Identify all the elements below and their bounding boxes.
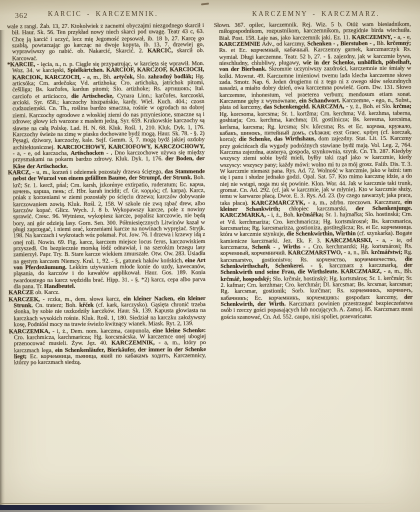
printers-mark — [201, 3, 209, 6]
scanned-dictionary-page: 362 KARCIC - KARCZEMNIK. KARCZEMNY - KAR… — [0, 0, 420, 512]
headword-or-gloss: der Schenkenjunge. — [356, 206, 413, 212]
headword-or-gloss: Artischocken - . — [71, 150, 113, 156]
headword-or-gloss: zahradný bodlák; — [148, 74, 193, 80]
text-columns: wale z rangi. Żab. 13, 27. Ktokolwiek z … — [7, 22, 413, 367]
headword-or-gloss: krčma; — [393, 104, 411, 110]
headword-or-gloss: KARCZEMKA, — [9, 328, 50, 334]
headword-or-gloss: die Schenke, das Wirthshaus, — [239, 137, 316, 143]
headword-or-gloss: *KARCIE, — [7, 62, 35, 68]
headword-or-gloss: KARCZMARSKI, — [325, 238, 372, 244]
dictionary-paragraph: KARCZEMKA, - i, ż., Dem. nom. karczma, c… — [9, 328, 206, 367]
page-gutter-shadow — [0, 30, 5, 512]
headword-or-gloss: ein Schenkenläufer, Bierkäufer, der imme… — [14, 347, 206, 361]
headword-or-gloss: KARCZE — [9, 291, 34, 297]
column-left: wale z rangi. Żab. 13, 27. Ktokolwiek z … — [7, 23, 206, 367]
running-head-right: KARCZEMNY - KARCZMARZ. — [232, 11, 400, 18]
dictionary-paragraph: KARCZ, - u, m., korzeń i odziemek pozost… — [8, 169, 206, 291]
headword-or-gloss: eine Art von Pferdezäumung. — [13, 258, 205, 272]
headword-or-gloss: KARCZMARCZYK, — [251, 200, 305, 206]
headword-or-gloss: der Schenkwirth, der Wirth. — [221, 295, 413, 309]
headword-or-gloss: ein kleiner Nacken, ein kleiner Strunk. — [14, 296, 206, 310]
column-right: Słown. 367. opilec, karczemnik. Rej. Wiz… — [214, 22, 413, 366]
headword-or-gloss: krčemný; — [387, 41, 411, 47]
headword-or-gloss: die Schenkwirthschaft, Schenkerei. — [220, 256, 412, 270]
headword-or-gloss: KARCZEK, — [9, 297, 40, 303]
headword-or-gloss: KARCIOCHOWY, KARCIOFOWY, KARCZOCHOWY, — [57, 144, 205, 151]
headword-or-gloss: křček — [79, 303, 93, 309]
headword-or-gloss: wie in der Schenke, unhöflich, pöbelhaft… — [219, 60, 411, 74]
headword-or-gloss: KARCZMA, — [312, 105, 345, 111]
headword-or-gloss: KARCZEMNY, — [352, 35, 392, 41]
dictionary-paragraph: KARCZEK, - rczka, m., dem. słowa karcz, … — [9, 296, 206, 329]
headword-or-gloss: KARCZMARSTWO, — [288, 251, 343, 257]
headword-or-gloss: eine kleine Schenke: — [153, 328, 206, 334]
headword-or-gloss: krčmář, hospodský; — [221, 276, 272, 282]
running-head-left: KARCIC - KARCZEMNIK. — [38, 11, 168, 18]
headword-or-gloss: KARCZMARZ, — [341, 269, 382, 275]
headword-or-gloss: der Boden, der Käse der Artischocke. — [13, 156, 205, 170]
headword-or-gloss: das Stammende nebst der Wurzel von einem… — [13, 169, 205, 183]
headword-or-gloss: Schenken - , Bierstuben - , — [307, 41, 375, 47]
headword-or-gloss: KARCIĆ, — [147, 49, 172, 55]
headword-or-gloss: krčmářka; — [297, 213, 324, 219]
headword-or-gloss: krčmářstwí; — [371, 250, 402, 256]
headword-or-gloss: das Schenkengeld. — [263, 105, 310, 111]
dictionary-paragraph: wale z rangi. Żab. 13, 27. Ktokolwiek z … — [7, 23, 204, 62]
page-number: 362 — [15, 11, 28, 20]
headword-or-gloss: artyčok, — [114, 74, 135, 80]
headword-or-gloss: Spielkärtchen. — [67, 68, 104, 74]
headword-or-gloss: KARCZEMNIE — [219, 42, 260, 48]
dictionary-paragraph: Słown. 367. opilec, karczemnik. Rej. Wiz… — [214, 22, 413, 321]
headword-or-gloss: KARCZEMNIK, — [111, 341, 154, 347]
headword-or-gloss: die Artischocke, — [71, 93, 113, 99]
dictionary-paragraph: *KARCIE, - ięcia, n., n. p. Ciągle się p… — [7, 61, 205, 170]
headword-or-gloss: KARCZMARKA, — [220, 213, 266, 219]
